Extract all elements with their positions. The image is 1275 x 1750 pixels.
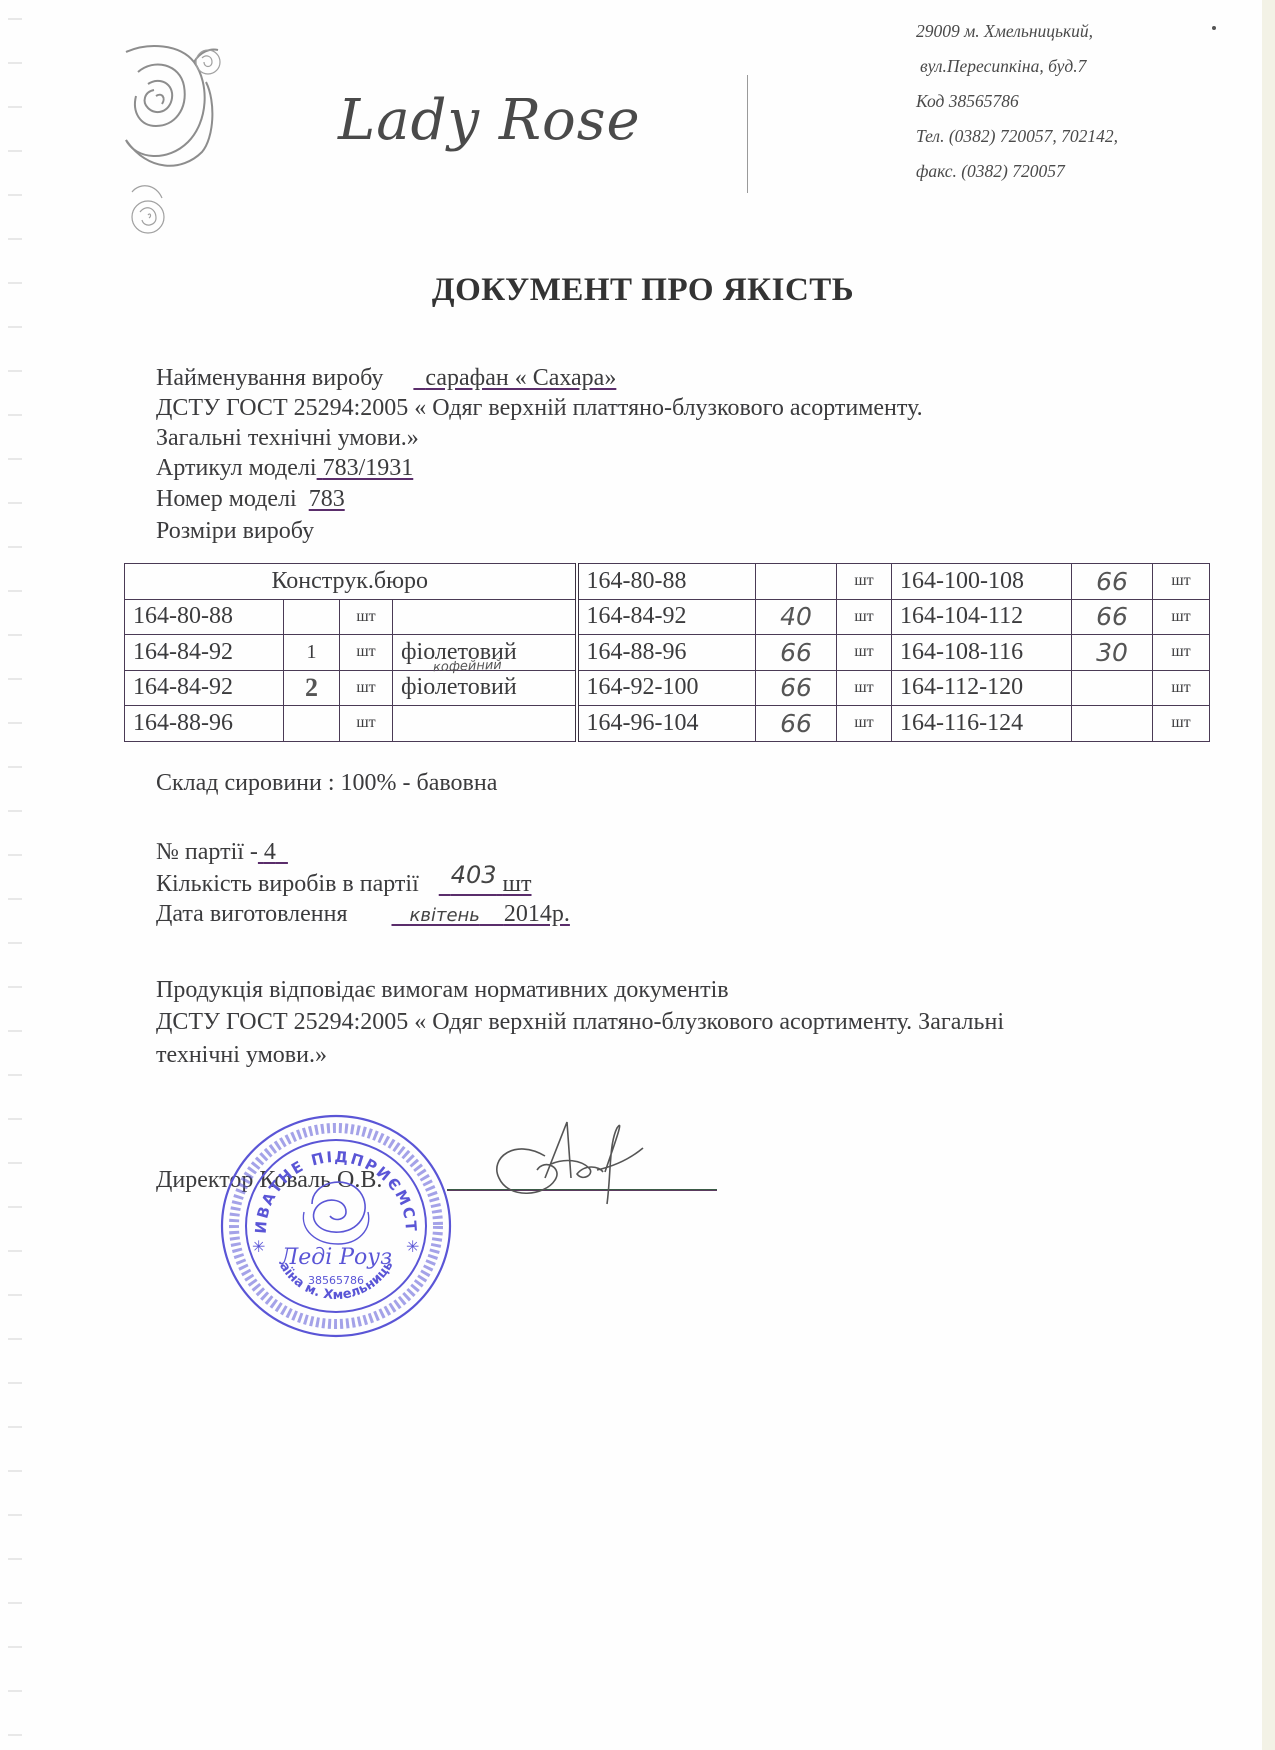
batch-number-row: № партії - 4 [156, 837, 288, 867]
color-cell: кофейнийфіолетовий [393, 670, 577, 706]
model-number-row: Номер моделі783 [156, 484, 345, 514]
product-name-value: сарафан « Сахара» [413, 365, 616, 391]
header-divider [747, 75, 748, 193]
qty-cell: 66 [756, 670, 837, 706]
batch-count-label: Кількість виробів в партії [156, 871, 419, 897]
production-date-label: Дата виготовлення [156, 901, 347, 927]
size-cell: 164-96-104 [577, 706, 756, 742]
product-name-row: Найменування виробу сарафан « Сахара» [156, 363, 616, 393]
sizes-table: Конструк.бюро 164-80-88 шт 164-100-108 6… [124, 563, 1210, 742]
address-line: Тел. (0382) 720057, 702142, [916, 119, 1118, 154]
qty-cell: 66 [756, 635, 837, 671]
color-cell [393, 599, 577, 635]
qty-cell [1072, 706, 1153, 742]
unit-cell: шт [340, 706, 393, 742]
qty-cell [284, 706, 340, 742]
address-line: 29009 м. Хмельницький, [916, 14, 1118, 49]
table-row: 164-84-92 2 шт кофейнийфіолетовий 164-92… [125, 670, 1210, 706]
color-cell [393, 706, 577, 742]
size-cell: 164-88-96 [577, 635, 756, 671]
stamp-star-icon: ✳ [252, 1237, 265, 1256]
article-value: 783/1931 [317, 455, 414, 481]
scan-artifact [1212, 26, 1216, 30]
company-stamp: ПРИВАТНЕ ПІДПРИЄМСТВО Леді Роуз 38565786… [216, 1112, 456, 1340]
unit-cell: шт [837, 706, 892, 742]
compliance-line-2: ДСТУ ГОСТ 25294:2005 « Одяг верхній плат… [156, 1007, 1004, 1037]
unit-cell: шт [340, 670, 393, 706]
address-line: факс. (0382) 720057 [916, 154, 1118, 189]
model-number-value: 783 [309, 486, 345, 512]
size-cell: 164-116-124 [892, 706, 1072, 742]
compliance-line-1: Продукція відповідає вимогам нормативних… [156, 975, 729, 1005]
compliance-line-3: технічні умови.» [156, 1040, 327, 1070]
qty-cell: 30 [1072, 635, 1153, 671]
qty-cell: 40 [756, 599, 837, 635]
size-cell: 164-80-88 [125, 599, 284, 635]
size-cell: 164-92-100 [577, 670, 756, 706]
handwritten-color-note: кофейний [433, 657, 502, 674]
article-label: Артикул моделі [156, 455, 317, 481]
size-cell: 164-80-88 [577, 564, 756, 600]
size-cell: 164-84-92 [125, 670, 284, 706]
table-row: 164-88-96 шт 164-96-104 66 шт 164-116-12… [125, 706, 1210, 742]
unit-cell: шт [837, 670, 892, 706]
scan-edge [1262, 0, 1275, 1750]
standard-line-1: ДСТУ ГОСТ 25294:2005 « Одяг верхній плат… [156, 393, 923, 423]
address-line: Код 38565786 [916, 84, 1118, 119]
unit-cell: шт [837, 635, 892, 671]
qty-cell: 66 [1072, 564, 1153, 600]
size-cell: 164-112-120 [892, 670, 1072, 706]
table-row: Конструк.бюро 164-80-88 шт 164-100-108 6… [125, 564, 1210, 600]
unit-cell: шт [1153, 706, 1210, 742]
stamp-center-text: Леді Роуз [279, 1245, 392, 1270]
batch-number-label: № партії - [156, 839, 258, 865]
qty-cell: 1 [284, 635, 340, 671]
qty-cell: 66 [756, 706, 837, 742]
scan-left-margin [8, 0, 22, 1750]
qty-cell [756, 564, 837, 600]
qty-cell [284, 599, 340, 635]
table-row: 164-80-88 шт 164-84-92 40 шт 164-104-112… [125, 599, 1210, 635]
model-number-label: Номер моделі [156, 486, 297, 512]
sizes-label: Розміри виробу [156, 516, 314, 546]
unit-cell: шт [837, 599, 892, 635]
batch-count-row: Кількість виробів в партії 403 шт [156, 868, 532, 899]
unit-cell: шт [1153, 670, 1210, 706]
unit-cell: шт [340, 599, 393, 635]
size-cell: 164-104-112 [892, 599, 1072, 635]
article-row: Артикул моделі 783/1931 [156, 453, 413, 483]
composition: Склад сировини : 100% - бавовна [156, 768, 497, 798]
stamp-star-icon: ✳ [406, 1237, 419, 1256]
size-cell: 164-100-108 [892, 564, 1072, 600]
color-cell-text: фіолетовий [401, 674, 517, 700]
size-cell: 164-108-116 [892, 635, 1072, 671]
qty-cell: 66 [1072, 599, 1153, 635]
qty-cell [1072, 670, 1153, 706]
unit-cell: шт [340, 635, 393, 671]
batch-count-value: 403 шт [439, 871, 532, 897]
unit-cell: шт [837, 564, 892, 600]
production-date-row: Дата виготовлення квітень 2014р. [156, 899, 570, 931]
qty-cell: 2 [284, 670, 340, 706]
unit-cell: шт [1153, 599, 1210, 635]
company-address: 29009 м. Хмельницький, вул.Пересипкіна, … [916, 14, 1118, 189]
size-cell: 164-88-96 [125, 706, 284, 742]
design-bureau-header: Конструк.бюро [125, 564, 577, 600]
address-line: вул.Пересипкіна, буд.7 [916, 49, 1118, 84]
table-row: 164-84-92 1 шт фіолетовий 164-88-96 66 ш… [125, 635, 1210, 671]
size-cell: 164-84-92 [577, 599, 756, 635]
production-date-value: квітень 2014р. [391, 901, 569, 927]
signature-icon [485, 1108, 645, 1213]
document-title: ДОКУМЕНТ ПРО ЯКІСТЬ [0, 272, 1262, 309]
size-cell: 164-84-92 [125, 635, 284, 671]
unit-cell: шт [1153, 635, 1210, 671]
standard-line-2: Загальні технічні умови.» [156, 423, 419, 453]
unit-cell: шт [1153, 564, 1210, 600]
batch-number-value: 4 [258, 839, 288, 865]
product-name-label: Найменування виробу [156, 365, 383, 391]
rose-icon [118, 22, 222, 242]
company-logo: Lady Rose [338, 88, 641, 153]
